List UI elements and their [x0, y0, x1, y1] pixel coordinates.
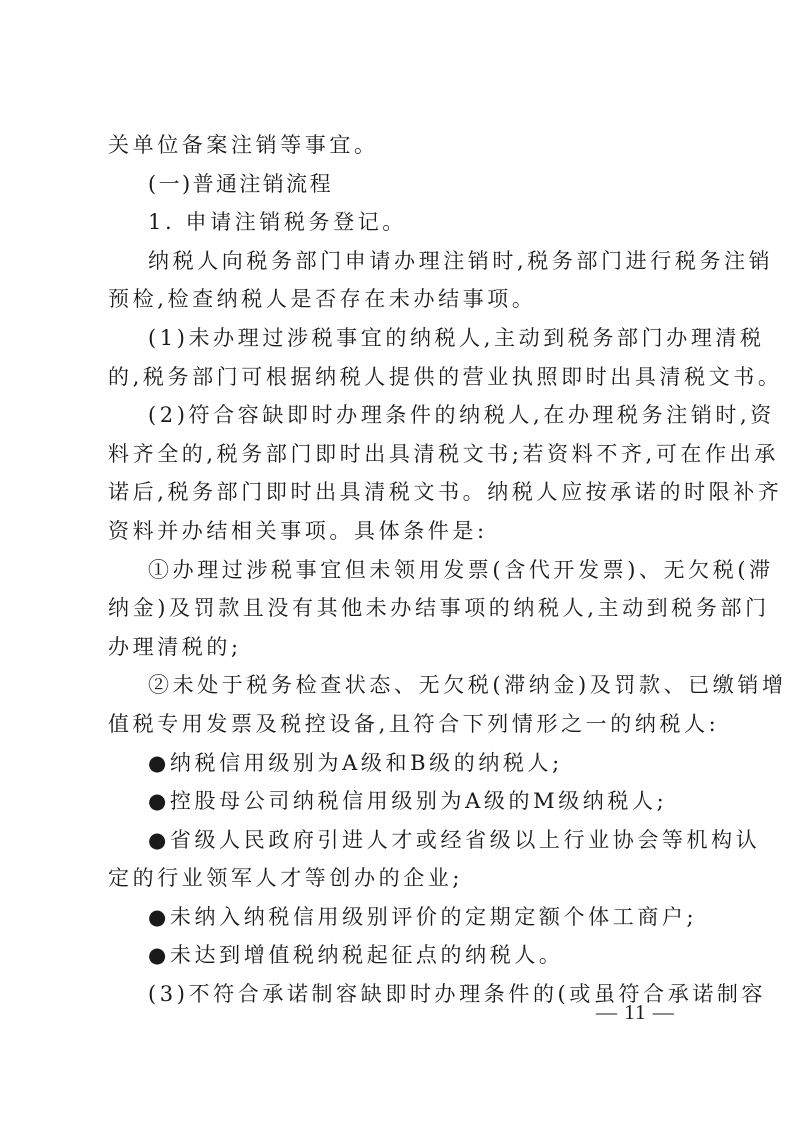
condition-2-line-2: 值税专用发票及税控设备,且符合下列情形之一的纳税人: [108, 705, 692, 744]
page-number: — 11 — [596, 1000, 675, 1025]
item-2-line-4: 资料并办结相关事项。具体条件是: [108, 512, 692, 551]
condition-1-line-3: 办理清税的; [108, 628, 692, 667]
condition-1-line-1: ①办理过涉税事宜但未领用发票(含代开发票)、无欠税(滞 [108, 551, 692, 590]
item-2-line-2: 料齐全的,税务部门即时出具清税文书;若资料不齐,可在作出承 [108, 435, 692, 474]
bullet-item-talent-line-1: ●省级人民政府引进人才或经省级以上行业协会等机构认 [108, 821, 692, 860]
item-2-line-3: 诺后,税务部门即时出具清税文书。纳税人应按承诺的时限补齐 [108, 473, 692, 512]
body-line-4: 纳税人向税务部门申请办理注销时,税务部门进行税务注销 [108, 242, 692, 281]
bullet-item-talent-line-2: 定的行业领军人才等创办的企业; [108, 859, 692, 898]
body-line-5: 预检,检查纳税人是否存在未办结事项。 [108, 280, 692, 319]
step-heading-apply-deregistration: 1. 申请注销税务登记。 [108, 203, 692, 242]
bullet-item-individual-business: ●未纳入纳税信用级别评价的定期定额个体工商户; [108, 898, 692, 937]
bullet-item-parent-company-m: ●控股母公司纳税信用级别为A级的M级纳税人; [108, 782, 692, 821]
bullet-item-below-threshold: ●未达到增值税纳税起征点的纳税人。 [108, 936, 692, 975]
item-1-line-1: (1)未办理过涉税事宜的纳税人,主动到税务部门办理清税 [108, 319, 692, 358]
bullet-item-credit-ab: ●纳税信用级别为A级和B级的纳税人; [108, 744, 692, 783]
item-2-line-1: (2)符合容缺即时办理条件的纳税人,在办理税务注销时,资 [108, 396, 692, 435]
document-page: 关单位备案注销等事宜。 (一)普通注销流程 1. 申请注销税务登记。 纳税人向税… [108, 126, 692, 1014]
condition-1-line-2: 纳金)及罚款且没有其他未办结事项的纳税人,主动到税务部门 [108, 589, 692, 628]
body-line-1: 关单位备案注销等事宜。 [108, 126, 692, 165]
item-1-line-2: 的,税务部门可根据纳税人提供的营业执照即时出具清税文书。 [108, 358, 692, 397]
condition-2-line-1: ②未处于税务检查状态、无欠税(滞纳金)及罚款、已缴销增 [108, 666, 692, 705]
section-heading-ordinary-deregistration: (一)普通注销流程 [108, 165, 692, 204]
